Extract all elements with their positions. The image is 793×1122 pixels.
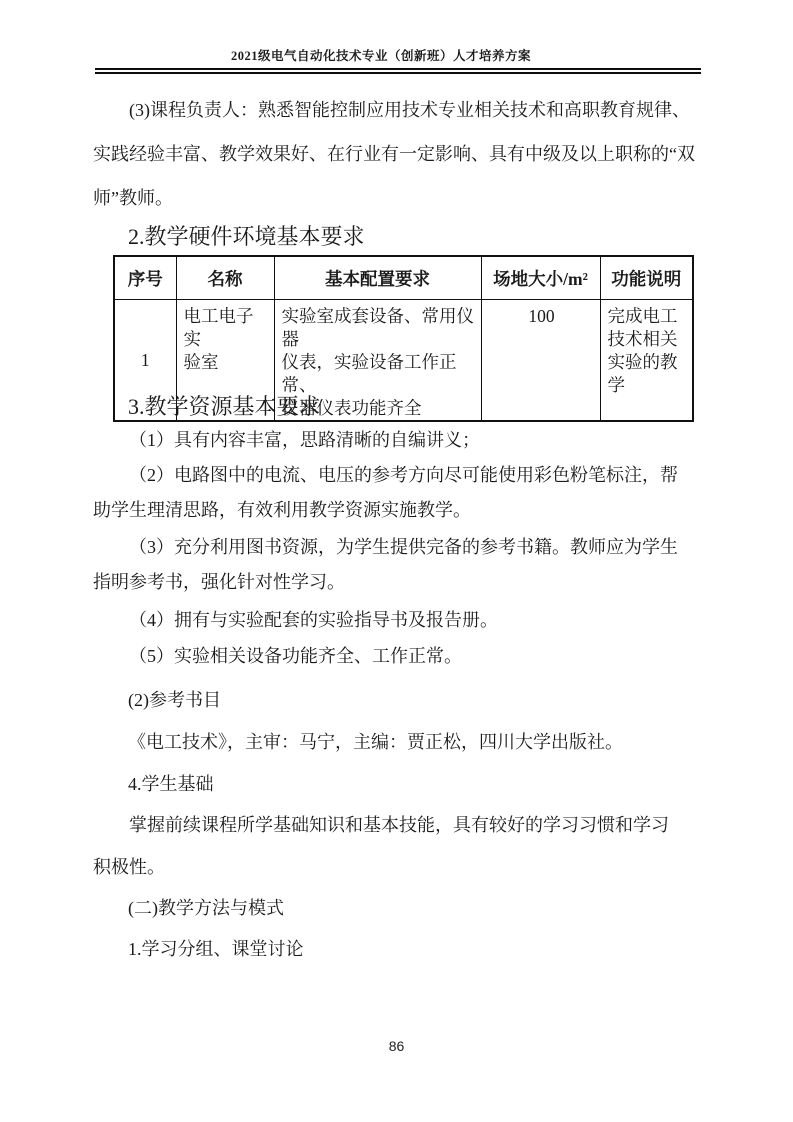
- table-header-cell-area: 场地大小/m²: [481, 256, 600, 300]
- reference-heading: (2)参考书目: [93, 684, 221, 716]
- paragraph-student-basis: 掌握前续课程所学基础知识和基本技能，具有较好的学习习惯和学习 积极性。: [93, 804, 669, 888]
- header-divider-rule: [95, 68, 701, 74]
- document-page: 2021级电气自动化技术专业（创新班）人才培养方案 (3)课程负责人：熟悉智能控…: [0, 0, 793, 1122]
- table-cell-function: 完成电工 技术相关 实验的教 学: [600, 300, 693, 422]
- method-item-1: 1.学习分组、课堂讨论: [93, 933, 304, 965]
- resource-item-1: （1）具有内容丰富，思路清晰的自编讲义；: [93, 424, 480, 456]
- table-header-cell-name: 名称: [176, 256, 274, 300]
- table-header-row: 序号 名称 基本配置要求 场地大小/m² 功能说明: [114, 256, 693, 300]
- resource-item-5: （5）实验相关设备功能齐全、工作正常。: [93, 640, 462, 672]
- page-header-title: 2021级电气自动化技术专业（创新班）人才培养方案: [74, 46, 688, 64]
- table-header-cell-function: 功能说明: [600, 256, 693, 300]
- resource-item-3: （3）充分利用图书资源，为学生提供完备的参考书籍。教师应为学生 指明参考书，强化…: [93, 530, 678, 600]
- paragraph-course-leader: (3)课程负责人：熟悉智能控制应用技术专业相关技术和高职教育规律、 实践经验丰富…: [93, 88, 695, 220]
- table-header-cell-config: 基本配置要求: [274, 256, 481, 300]
- section-heading-students: 4.学生基础: [93, 768, 214, 800]
- resource-item-4: （4）拥有与实验配套的实验指导书及报告册。: [93, 604, 498, 636]
- page-number: 86: [0, 1038, 793, 1054]
- reference-book-line: 《电工技术》，主审：马宁，主编：贾正松，四川大学出版社。: [93, 726, 623, 758]
- table-cell-area: 100: [481, 300, 600, 422]
- section-heading-hardware: 2.教学硬件环境基本要求: [93, 222, 365, 252]
- section-heading-resources: 3.教学资源基本要求: [93, 392, 321, 422]
- resource-item-2: （2）电路图中的电流、电压的参考方向尽可能使用彩色粉笔标注，帮 助学生理清思路，…: [93, 458, 678, 528]
- section-heading-teaching-methods: (二)教学方法与模式: [93, 892, 284, 924]
- table-header-cell-index: 序号: [114, 256, 176, 300]
